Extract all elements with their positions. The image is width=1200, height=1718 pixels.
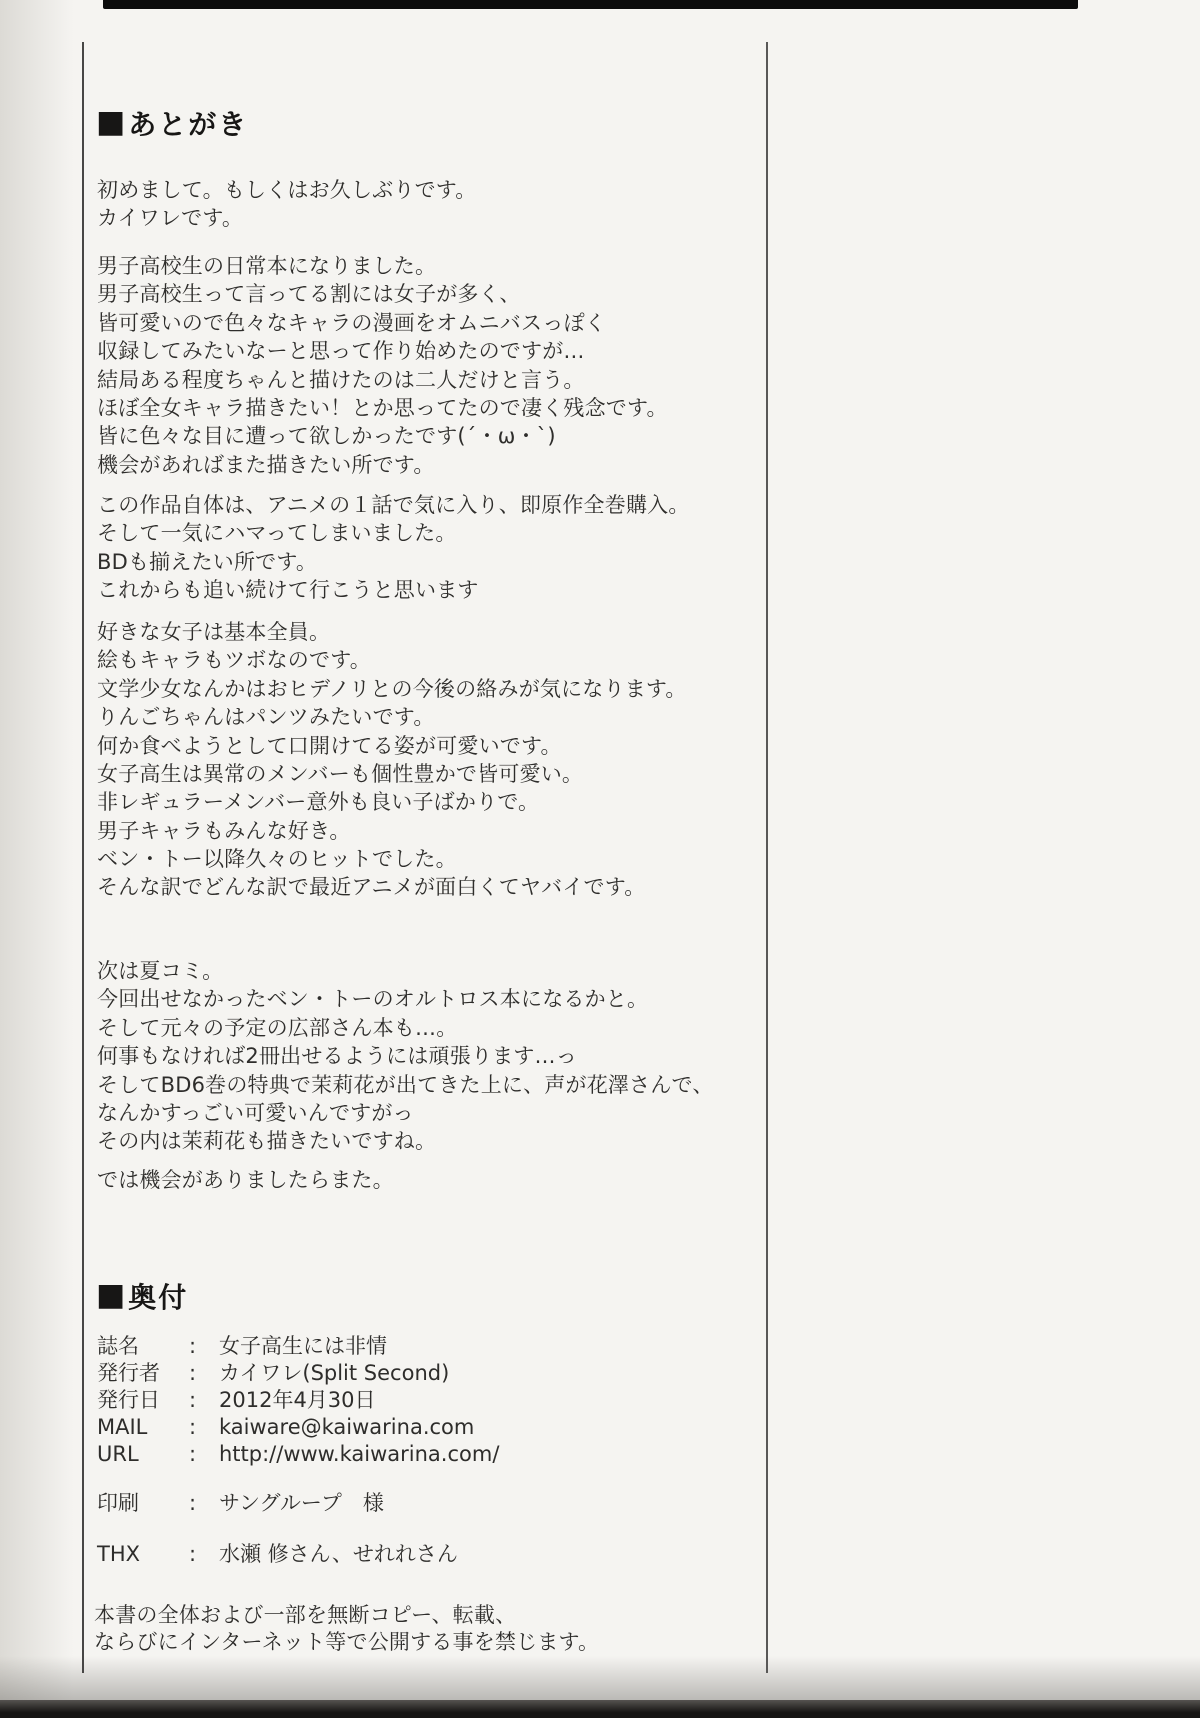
- text-line: 男子高校生の日常本になりました。: [97, 252, 668, 280]
- afterword-heading: ■ あとがき: [96, 103, 248, 143]
- colophon-heading-label: 奥付: [128, 1276, 188, 1316]
- text-line: そんな訳でどんな訳で最近アニメが面白くてヤバイです。: [97, 873, 645, 901]
- text-line: 非レギュラーメンバー意外も良い子ばかりで。: [97, 788, 687, 816]
- row-colon: :: [189, 1387, 219, 1414]
- text-line: 収録してみたいなーと思って作り始めたのですが…: [97, 337, 668, 365]
- afterword-paragraph-anime: この作品自体は、アニメの１話で気に入り、即原作全巻購入。 そして一気にハマってし…: [97, 491, 690, 605]
- scan-edge-top-strip: [103, 0, 1078, 9]
- afterword-paragraph-farewell: では機会がありましたらまた。: [97, 1166, 394, 1194]
- row-label: 発行者: [97, 1360, 189, 1387]
- section-marker-square: ■: [96, 1280, 125, 1311]
- text-line: 本書の全体および一部を無断コピー、転載、: [94, 1602, 599, 1629]
- text-line: 結局ある程度ちゃんと描けたのは二人だけと言う。: [97, 366, 668, 394]
- text-line: 次は夏コミ。: [97, 957, 714, 985]
- text-line: では機会がありましたらまた。: [97, 1166, 394, 1194]
- page-border-rule-right: [766, 42, 768, 1673]
- colophon-heading: ■ 奥付: [96, 1276, 188, 1316]
- afterword-heading-label: あとがき: [128, 103, 248, 143]
- text-line: 皆に色々な目に遭って欲しかったです(´・ω・`): [97, 422, 668, 450]
- text-line: そして一気にハマってしまいました。: [97, 519, 690, 547]
- text-line: その内は茉莉花も描きたいですね。: [97, 1127, 714, 1155]
- colophon-row-publisher: 発行者 : カイワレ(Split Second): [97, 1360, 499, 1387]
- afterword-paragraph-book: 男子高校生の日常本になりました。 男子高校生って言ってる割には女子が多く、 皆可…: [97, 252, 668, 479]
- row-colon: :: [189, 1360, 219, 1387]
- row-colon: :: [189, 1414, 219, 1441]
- afterword-paragraph-next-plans: 次は夏コミ。 今回出せなかったベン・トーのオルトロス本になるかと。 そして元々の…: [97, 957, 714, 1156]
- text-line: この作品自体は、アニメの１話で気に入り、即原作全巻購入。: [97, 491, 690, 519]
- text-line: そしてBD6巻の特典で茉莉花が出てきた上に、声が花澤さんで、: [97, 1071, 714, 1099]
- text-line: これからも追い続けて行こうと思います: [97, 576, 690, 604]
- row-label: MAIL: [97, 1414, 189, 1441]
- row-label: URL: [97, 1441, 189, 1468]
- afterword-paragraph-remark: そんな訳でどんな訳で最近アニメが面白くてヤバイです。: [97, 873, 645, 901]
- text-line: 機会があればまた描きたい所です。: [97, 451, 668, 479]
- colophon-row-date: 発行日 : 2012年4月30日: [97, 1387, 499, 1414]
- row-colon: :: [189, 1333, 219, 1360]
- row-value: カイワレ(Split Second): [219, 1360, 449, 1387]
- scan-shadow-left: [0, 0, 82, 1718]
- text-line: 好きな女子は基本全員。: [97, 618, 687, 646]
- row-colon: :: [189, 1541, 219, 1568]
- text-line: カイワレです。: [97, 204, 477, 232]
- copyright-notice: 本書の全体および一部を無断コピー、転載、 ならびにインターネット等で公開する事を…: [94, 1602, 599, 1655]
- text-line: 今回出せなかったベン・トーのオルトロス本になるかと。: [97, 985, 714, 1013]
- afterword-paragraph-greeting: 初めまして。もしくはお久しぶりです。 カイワレです。: [97, 176, 477, 233]
- row-value: 水瀬 修さん、せれれさん: [219, 1541, 458, 1568]
- text-line: ほぼ全女キャラ描きたい！とか思ってたので凄く残念です。: [97, 394, 668, 422]
- text-line: 皆可愛いので色々なキャラの漫画をオムニバスっぽく: [97, 309, 668, 337]
- row-value-email: kaiware@kaiwarina.com: [219, 1414, 474, 1441]
- afterword-paragraph-characters: 好きな女子は基本全員。 絵もキャラもツボなのです。 文学少女なんかはおヒデノリと…: [97, 618, 687, 874]
- scanned-afterword-page: ■ あとがき 初めまして。もしくはお久しぶりです。 カイワレです。 男子高校生の…: [0, 0, 1200, 1718]
- text-line: 男子キャラもみんな好き。: [97, 817, 687, 845]
- colophon-row-title: 誌名 : 女子高生には非情: [97, 1333, 499, 1360]
- text-line: ベン・トー以降久々のヒットでした。: [97, 845, 687, 873]
- row-value: 女子高生には非情: [219, 1333, 387, 1360]
- text-line: 男子高校生って言ってる割には女子が多く、: [97, 280, 668, 308]
- text-line: 何事もなければ2冊出せるようには頑張ります…っ: [97, 1042, 714, 1070]
- colophon-row-thanks: THX : 水瀬 修さん、せれれさん: [97, 1541, 458, 1568]
- row-value-url: http://www.kaiwarina.com/: [219, 1441, 499, 1468]
- row-label: THX: [97, 1541, 189, 1568]
- text-line: そして元々の予定の広部さん本も…。: [97, 1014, 714, 1042]
- page-border-rule-left: [82, 42, 84, 1673]
- row-value: 2012年4月30日: [219, 1387, 376, 1414]
- row-label: 誌名: [97, 1333, 189, 1360]
- row-value: サングループ 様: [219, 1490, 384, 1517]
- text-line: ならびにインターネット等で公開する事を禁じます。: [94, 1629, 599, 1656]
- text-line: 女子高生は異常のメンバーも個性豊かで皆可愛い。: [97, 760, 687, 788]
- colophon-row-printer: 印刷 : サングループ 様: [97, 1490, 384, 1517]
- text-line: りんごちゃんはパンツみたいです。: [97, 703, 687, 731]
- row-colon: :: [189, 1490, 219, 1517]
- colophon-row-url: URL : http://www.kaiwarina.com/: [97, 1441, 499, 1468]
- row-colon: :: [189, 1441, 219, 1468]
- text-line: 文学少女なんかはおヒデノリとの今後の絡みが気になります。: [97, 675, 687, 703]
- text-line: なんかすっごい可愛いんですがっ: [97, 1099, 714, 1127]
- text-line: BDも揃えたい所です。: [97, 548, 690, 576]
- section-marker-square: ■: [96, 107, 125, 138]
- text-line: 何か食べようとして口開けてる姿が可愛いです。: [97, 732, 687, 760]
- scan-shadow-bottom: [0, 1656, 1200, 1702]
- row-label: 印刷: [97, 1490, 189, 1517]
- colophon-row-mail: MAIL : kaiware@kaiwarina.com: [97, 1414, 499, 1441]
- row-label: 発行日: [97, 1387, 189, 1414]
- colophon-rows: 誌名 : 女子高生には非情 発行者 : カイワレ(Split Second) 発…: [97, 1333, 499, 1468]
- scan-edge-bottom-strip: [0, 1700, 1200, 1718]
- text-line: 初めまして。もしくはお久しぶりです。: [97, 176, 477, 204]
- text-line: 絵もキャラもツボなのです。: [97, 646, 687, 674]
